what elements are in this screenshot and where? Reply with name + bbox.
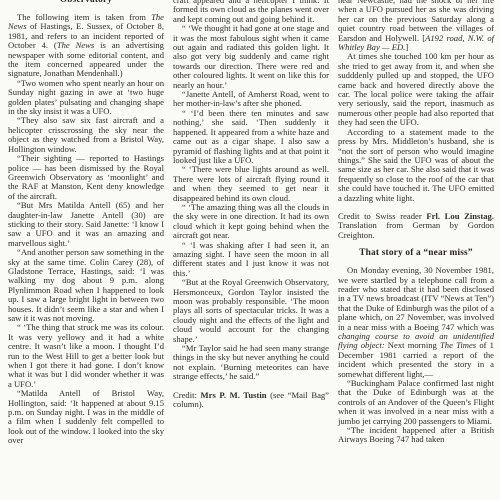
- text-run: “But Mrs Matilda Antell (65) and her dau…: [8, 200, 164, 248]
- paragraph: “Janette Antell, of Amherst Road, went t…: [173, 90, 329, 109]
- paragraph: On Monday evening, 30 November 1981, we …: [338, 266, 494, 379]
- text-run: That story of a “near miss”: [359, 248, 472, 258]
- paragraph: craft appeared and a helicopter I think.…: [173, 0, 329, 24]
- text-run: “The incident happened after a British A…: [338, 425, 494, 444]
- text-run: Translation from German by Gordon Creigh…: [338, 220, 494, 239]
- paragraph: “But Mrs Matilda Antell (65) and her dau…: [8, 201, 164, 248]
- text-run: According to a statement made to the pre…: [338, 127, 494, 203]
- text-run: “Mr Taylor said he had seen many strange…: [173, 343, 329, 381]
- paragraph: “ ‘We thought it had gone at one stage a…: [173, 24, 329, 90]
- text-run: “ ‘The amazing thing was all the clouds …: [173, 202, 329, 240]
- paragraph: “Mr Taylor said he had seen many strange…: [173, 344, 329, 382]
- paragraph: “Matilda Antell of Bristol Way, Hollingt…: [8, 389, 164, 445]
- paragraph: At times she touched 100 km per hour as …: [338, 52, 494, 127]
- text-run: “But at the Royal Greenwich Observatory,…: [173, 277, 329, 343]
- paragraph: “ ‘The thing that struck me was its colo…: [8, 323, 164, 389]
- section-heading: That story of a “near miss”: [338, 248, 494, 259]
- column-right: near Newcastle, had the shock of her lif…: [338, 0, 494, 500]
- text-run: craft appeared and a helicopter I think.…: [173, 0, 329, 24]
- paragraph: near Newcastle, had the shock of her lif…: [338, 0, 494, 52]
- text-run: At times she touched 100 km per hour as …: [338, 51, 494, 127]
- text-run: Observatory: [60, 0, 112, 5]
- paragraph: “Their sighting — reported to Hastings p…: [8, 154, 164, 201]
- text-run: “ ‘I’d been there ten minutes and saw no…: [173, 108, 329, 165]
- text-run: “Janette Antell, of Amherst Road, went t…: [173, 89, 329, 108]
- text-run: “ ‘I was shaking after I had seen it, an…: [173, 240, 329, 278]
- text-run: On Monday evening, 30 November 1981, we …: [338, 265, 494, 331]
- column-middle: craft appeared and a helicopter I think.…: [173, 0, 329, 500]
- credit-line: Credit to Swiss reader Frl. Lou Zinstag.…: [338, 212, 494, 240]
- paragraph: According to a statement made to the pre…: [338, 128, 494, 203]
- paragraph: “The incident happened after a British A…: [338, 426, 494, 445]
- text-run: “And another person saw something in the…: [8, 247, 164, 323]
- text-run: “They also saw six fast aircraft and a h…: [8, 115, 164, 153]
- paragraph: “Buckingham Palace confirmed last night …: [338, 379, 494, 426]
- text-run: “ ‘There were blue lights around as well…: [173, 164, 329, 202]
- paragraph: The following item is taken from The New…: [8, 13, 164, 79]
- text-run: “ ‘The thing that struck me was its colo…: [8, 322, 164, 388]
- paragraph: “They also saw six fast aircraft and a h…: [8, 116, 164, 154]
- paragraph: “Two women who spent nearly an hour on S…: [8, 79, 164, 117]
- text-run: “Their sighting — reported to Hastings p…: [8, 153, 164, 201]
- paragraph: “And another person saw something in the…: [8, 248, 164, 323]
- text-run: Mrs P. M. Tustin: [201, 390, 267, 400]
- paragraph: “But at the Royal Greenwich Observatory,…: [173, 278, 329, 344]
- text-run: “Matilda Antell of Bristol Way, Hollingt…: [8, 388, 164, 445]
- scanned-magazine-page: ObservatoryThe following item is taken f…: [0, 0, 500, 500]
- paragraph: “ ‘I was shaking after I had seen it, an…: [173, 241, 329, 279]
- text-run: “ ‘We thought it had gone at one stage a…: [173, 23, 329, 89]
- section-heading: Observatory: [8, 0, 164, 6]
- paragraph: “ ‘There were blue lights around as well…: [173, 165, 329, 203]
- paragraph: “ ‘The amazing thing was all the clouds …: [173, 203, 329, 241]
- text-run: “Two women who spent nearly an hour on S…: [8, 78, 164, 116]
- credit-line: Credit: Mrs P. M. Tustin (see “Mail Bag”…: [173, 391, 329, 410]
- column-left: ObservatoryThe following item is taken f…: [8, 0, 164, 500]
- paragraph: “ ‘I’d been there ten minutes and saw no…: [173, 109, 329, 165]
- text-run: “Buckingham Palace confirmed last night …: [338, 378, 494, 426]
